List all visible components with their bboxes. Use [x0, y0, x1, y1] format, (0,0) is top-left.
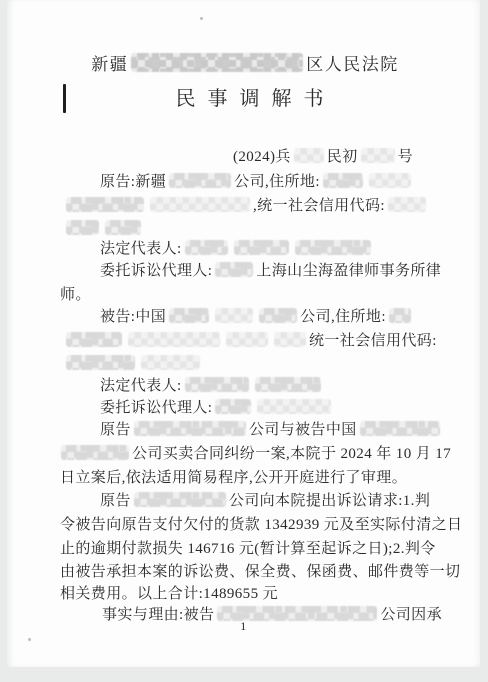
redaction-block	[141, 355, 200, 370]
plaintiff-line-1-text: 原告:新疆	[100, 170, 166, 191]
redaction-block	[274, 332, 306, 347]
plaintiff-line-1-text: 公司,住所地:	[234, 170, 320, 191]
court-header-text: 新疆	[91, 50, 128, 75]
plaintiff-legal-rep: 法定代表人:	[100, 237, 374, 257]
plaintiff-attorney-cont: 师。	[60, 283, 91, 303]
claims-4-text: 由被告承担本案的诉讼费、保全费、保函费、邮件费等一切	[60, 560, 460, 581]
redaction-block	[361, 148, 395, 163]
redaction-block	[128, 332, 220, 347]
redaction-block	[215, 308, 253, 323]
case-intro-2-text: 公司买卖合同纠纷一案,本院于 2024 年 10 月 17	[132, 442, 451, 463]
defendant-attorney: 委托诉讼代理人:	[100, 396, 334, 416]
redaction-block	[255, 377, 321, 392]
claims-5-text: 相关费用。以上合计:1489655 元	[60, 582, 278, 603]
redaction-block	[131, 53, 303, 72]
plaintiff-line-2-text: ,统一社会信用代码:	[253, 194, 385, 215]
redaction-block	[185, 377, 249, 392]
redaction-block	[169, 173, 231, 188]
case-intro-1: 原告公司与被告中国	[100, 418, 443, 438]
redaction-block	[234, 240, 289, 255]
claims-4: 由被告承担本案的诉讼费、保全费、保函费、邮件费等一切	[60, 560, 460, 580]
redaction-block	[369, 173, 411, 188]
doc-title-text: 民事调解书	[176, 82, 336, 111]
defendant-line-2-text: 统一社会信用代码:	[309, 329, 437, 350]
plaintiff-attorney-text: 上海山尘海盈律师事务所律	[256, 259, 441, 280]
redaction-block	[360, 421, 440, 436]
claims-1-text: 原告	[100, 489, 131, 510]
scan-speck	[200, 17, 203, 20]
redaction-block	[169, 308, 209, 323]
defendant-attorney-text: 委托诉讼代理人:	[100, 396, 212, 417]
doc-title: 民事调解书	[7, 86, 488, 106]
redaction-block	[389, 308, 411, 323]
case-number-text: 民初	[327, 145, 358, 166]
defendant-line-3	[63, 352, 203, 372]
claims-3-text: 止的逾期付款损失 146716 元(暂计算至起诉之日);2.判令	[60, 537, 436, 558]
redaction-block	[66, 355, 135, 370]
court-header: 新疆区人民法院	[7, 52, 482, 72]
plaintiff-attorney: 委托诉讼代理人:上海山尘海盈律师事务所律	[100, 259, 441, 279]
case-intro-2: 公司买卖合同纠纷一案,本院于 2024 年 10 月 17	[58, 442, 451, 462]
case-number: (2024)兵民初号	[233, 145, 413, 165]
defendant-line-1-text: 被告:中国	[100, 305, 166, 326]
redaction-block	[150, 197, 250, 212]
defendant-legal-rep-text: 法定代表人:	[100, 374, 182, 395]
plaintiff-attorney-cont-text: 师。	[60, 283, 91, 304]
redaction-block	[226, 332, 268, 347]
redaction-block	[66, 220, 99, 235]
redaction-block	[134, 492, 226, 507]
plaintiff-line-1: 原告:新疆公司,住所地:	[100, 170, 414, 190]
claims-5: 相关费用。以上合计:1489655 元	[60, 582, 278, 602]
redaction-block	[259, 308, 297, 323]
plaintiff-line-3	[63, 217, 144, 237]
redaction-block	[66, 332, 122, 347]
redaction-block	[66, 197, 144, 212]
case-intro-1-text: 公司与被告中国	[249, 418, 357, 439]
redaction-block	[215, 399, 251, 414]
redaction-block	[295, 240, 371, 255]
redaction-block	[105, 220, 141, 235]
defendant-line-2: 统一社会信用代码:	[63, 329, 437, 349]
redaction-block	[215, 262, 253, 277]
redaction-block	[134, 421, 246, 436]
scan-speck	[28, 638, 31, 641]
page-number-text: 1	[240, 619, 246, 634]
case-intro-1-text: 原告	[100, 418, 131, 439]
defendant-line-1-text: 公司,住所地:	[300, 305, 386, 326]
claims-3: 止的逾期付款损失 146716 元(暂计算至起诉之日);2.判令	[60, 537, 436, 557]
case-number-text: (2024)兵	[233, 145, 291, 166]
redaction-block	[257, 399, 331, 414]
page-number: 1	[7, 616, 480, 636]
defendant-line-1: 被告:中国公司,住所地:	[100, 305, 414, 325]
case-intro-3: 日立案后,依法适用简易程序,公开开庭进行了审理。	[60, 466, 407, 486]
defendant-legal-rep: 法定代表人:	[100, 374, 324, 394]
claims-2-text: 令被告向原告支付欠付的货款 1342939 元及至实际付清之日	[60, 513, 462, 534]
redaction-block	[185, 240, 228, 255]
plaintiff-attorney-text: 委托诉讼代理人:	[100, 259, 212, 280]
court-header-text: 区人民法院	[306, 50, 399, 75]
plaintiff-line-2: ,统一社会信用代码:	[63, 194, 429, 214]
plaintiff-legal-rep-text: 法定代表人:	[100, 237, 182, 258]
redaction-block	[323, 173, 363, 188]
case-intro-3-text: 日立案后,依法适用简易程序,公开开庭进行了审理。	[60, 466, 407, 487]
redaction-block	[61, 445, 129, 460]
claims-1-text: 公司向本院提出诉讼请求:1.判	[229, 489, 430, 510]
scanned-document: 新疆区人民法院民事调解书(2024)兵民初号原告:新疆公司,住所地:,统一社会信…	[0, 0, 488, 682]
redaction-block	[294, 148, 324, 163]
claims-2: 令被告向原告支付欠付的货款 1342939 元及至实际付清之日	[60, 513, 462, 533]
case-number-text: 号	[398, 145, 413, 166]
claims-1: 原告公司向本院提出诉讼请求:1.判	[100, 489, 430, 509]
redaction-block	[388, 197, 426, 212]
